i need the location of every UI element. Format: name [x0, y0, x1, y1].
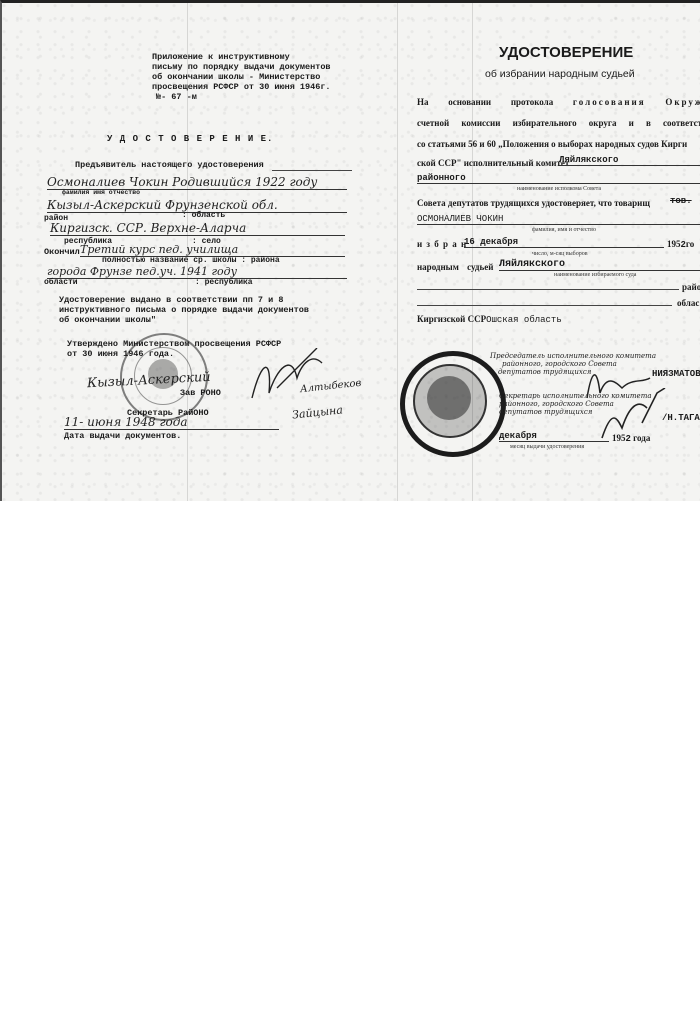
republic-line: Киргизской ССРОшская область [417, 314, 562, 325]
header-note-line: просвещения РСФСР от 30 июня 1946г. [152, 82, 331, 92]
header-note-line: письму по порядку выдачи документов [152, 62, 331, 72]
page-divider [397, 3, 398, 501]
typed-day: 16 [464, 237, 475, 247]
year-prefix: 195 [667, 239, 681, 249]
word: в [646, 118, 651, 128]
handwritten-republic: Киргизск. ССР. Верхне-Аларча [50, 221, 345, 236]
typed-court: Ляйлякского [499, 259, 700, 271]
header-note-line: №- 67 -м [152, 92, 331, 102]
issue-year: 1952 года [612, 433, 650, 444]
word: и [629, 118, 634, 128]
handwritten-city: города Фрунзе пед.уч. 1941 году [47, 265, 347, 279]
issue-year-suffix: года [633, 433, 650, 443]
word: голосования [573, 97, 646, 107]
rayon-suffix: райо [682, 282, 700, 292]
issued-note-line: об окончании школы" [59, 315, 309, 325]
word: Окружно [665, 97, 700, 107]
para1-line3: со статьями 56 и 60 „Положения о выборах… [417, 139, 687, 149]
head-label: Зав РОНО [180, 388, 221, 398]
issued-note: Удостоверение выдано в соответствии пп 7… [59, 295, 309, 325]
issued-note-line: Удостоверение выдано в соответствии пп 7… [59, 295, 309, 305]
election-year: 1952го [667, 239, 694, 250]
election-date: 16 декабря [464, 237, 664, 248]
issue-year-typed: 2 [626, 434, 631, 444]
label-oblasti: области [44, 278, 78, 287]
label-fio-right: фамилия, имя и отчество [532, 227, 596, 233]
year-suffix: го [686, 239, 694, 249]
signature-head [247, 348, 327, 408]
word: протокола [511, 97, 553, 107]
underline [272, 170, 352, 171]
rayon-line [417, 289, 679, 290]
handwritten-name: Осмоналиев Чокин Родившийся 1922 году [47, 175, 347, 190]
typed-name: ОСМОНАЛИЕВ ЧОКИН [417, 214, 700, 225]
issue-year-prefix: 195 [612, 433, 626, 443]
label-school: полностью название ср. школы : района [102, 256, 280, 265]
coat-of-arms-icon [427, 376, 471, 420]
judge-label: народным судьей [417, 262, 493, 272]
chair-label-line: Председатель исполнительного комитета [490, 352, 656, 360]
finished-label: Окончил [44, 247, 80, 257]
word: основании [448, 97, 491, 107]
word: округа [589, 118, 617, 128]
label-date: число, м-сяц выборов [532, 251, 588, 257]
typed-rayonnogo: районного [417, 173, 700, 184]
right-subtitle: об избрании народным судьей [485, 68, 635, 80]
typed-secretary: /Н.ТАГА [662, 413, 700, 423]
typed-month: декабря [480, 237, 518, 247]
handwritten-date: 11- июня 1948 года [64, 415, 279, 430]
typed-tov: тов. [670, 196, 692, 206]
label-oblast: : область [182, 211, 225, 220]
para1-line4: ской ССР" исполнительный комитет [417, 158, 569, 168]
word: соответств [663, 118, 700, 128]
republic-text: Киргизской ССР [417, 314, 486, 324]
label-issue: месяц выдачи удостоверения [510, 444, 584, 450]
left-title: У Д О С Т О В Е Р Е Н И Е. [107, 134, 273, 144]
date-label: Дата выдачи документов. [64, 431, 181, 441]
typed-chair: НИЯЗМАТОВ [652, 369, 700, 379]
word: На [417, 97, 429, 107]
issued-note-line: инструктивного письма о порядке выдачи д… [59, 305, 309, 315]
typed-oblast: Ошская область [486, 315, 562, 325]
issue-month: декабря [499, 431, 609, 442]
label-fio: фамилия имя отчество [62, 189, 140, 196]
label-court: наименование избираемого суда [554, 272, 636, 278]
header-note-line: Приложение к инструктивному [152, 52, 331, 62]
oblast-suffix: облас [677, 298, 699, 308]
elected-label: и з б р а н [417, 239, 467, 249]
typed-committee: Ляйлякского [559, 155, 700, 166]
oblast-line [417, 305, 672, 306]
label-respublika-2: : республика [195, 278, 253, 287]
para1-line1: На основании протокола голосования Окруж… [417, 97, 700, 107]
para1-line2: счетной комиссии избирательного округа и… [417, 118, 700, 128]
scanned-document: Приложение к инструктивному письму по по… [0, 0, 700, 501]
header-note-line: об окончании школы - Министерство [152, 72, 331, 82]
word: комиссии [461, 118, 500, 128]
para2: Совета депутатов трудящихся удостоверяет… [417, 198, 650, 208]
handwritten-school: Третий курс пед. училища [80, 243, 345, 257]
word: избирательного [513, 118, 577, 128]
bearer-label: Предъявитель настоящего удостоверения [75, 160, 264, 170]
right-title: УДОСТОВЕРЕНИЕ [499, 44, 633, 61]
label-council: наименование исполкома Совета [517, 186, 601, 192]
header-note: Приложение к инструктивному письму по по… [152, 52, 331, 102]
word: счетной [417, 118, 449, 128]
